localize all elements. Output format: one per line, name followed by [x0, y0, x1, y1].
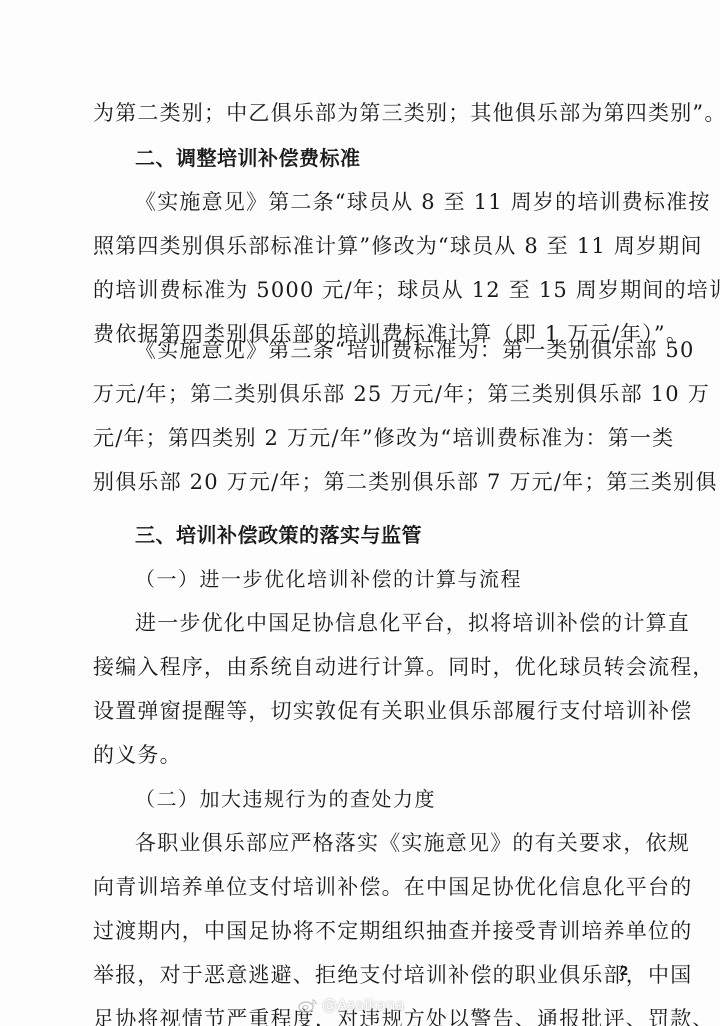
subsection-heading-1: （一）进一步优化培训补偿的计算与流程: [135, 566, 522, 592]
watermark: @Asaikana: [298, 996, 405, 1014]
body-line: 各职业俱乐部应严格落实《实施意见》的有关要求，依规: [135, 830, 627, 856]
body-line: 的义务。: [93, 742, 627, 768]
body-line: 别俱乐部 20 万元/年；第二类别俱乐部 7 万元/年；第三类别俱: [93, 469, 627, 495]
watermark-text: @Asaikana: [322, 996, 405, 1014]
body-line: 万元/年；第二类别俱乐部 25 万元/年；第三类别俱乐部 10 万: [93, 381, 627, 407]
body-line: 《实施意见》第二条“球员从 8 至 11 周岁的培训费标准按: [135, 189, 627, 215]
body-line: 《实施意见》第三条“培训费标准为：第一类别俱乐部 50: [135, 337, 627, 363]
body-line: 元/年；第四类别 2 万元/年”修改为“培训费标准为：第一类: [93, 425, 627, 451]
body-line: 为第二类别；中乙俱乐部为第三类别；其他俱乐部为第四类别”。: [93, 100, 627, 126]
section-heading-3: 三、培训补偿政策的落实与监管: [135, 522, 422, 548]
body-line: 进一步优化中国足协信息化平台，拟将培训补偿的计算直: [135, 610, 627, 636]
body-line: 接编入程序，由系统自动进行计算。同时，优化球员转会流程，: [93, 654, 627, 680]
body-line: 过渡期内，中国足协将不定期组织抽查并接受青训培养单位的: [93, 918, 627, 944]
body-line: 举报，对于恶意逃避、拒绝支付培训补偿的职业俱乐部，中国: [93, 962, 627, 988]
page-number: 2: [620, 964, 628, 978]
body-line: 设置弹窗提醒等，切实敦促有关职业俱乐部履行支付培训补偿: [93, 698, 627, 724]
body-line: 照第四类别俱乐部标准计算”修改为“球员从 8 至 11 周岁期间: [93, 233, 627, 259]
subsection-heading-2: （二）加大违规行为的查处力度: [135, 786, 436, 812]
body-line: 向青训培养单位支付培训补偿。在中国足协优化信息化平台的: [93, 874, 627, 900]
weibo-icon: [298, 997, 318, 1013]
section-heading-2: 二、调整培训补偿费标准: [135, 145, 361, 171]
body-line: 的培训费标准为 5000 元/年；球员从 12 至 15 周岁期间的培训: [93, 277, 627, 303]
document-page: 为第二类别；中乙俱乐部为第三类别；其他俱乐部为第四类别”。 二、调整培训补偿费标…: [0, 0, 720, 1026]
